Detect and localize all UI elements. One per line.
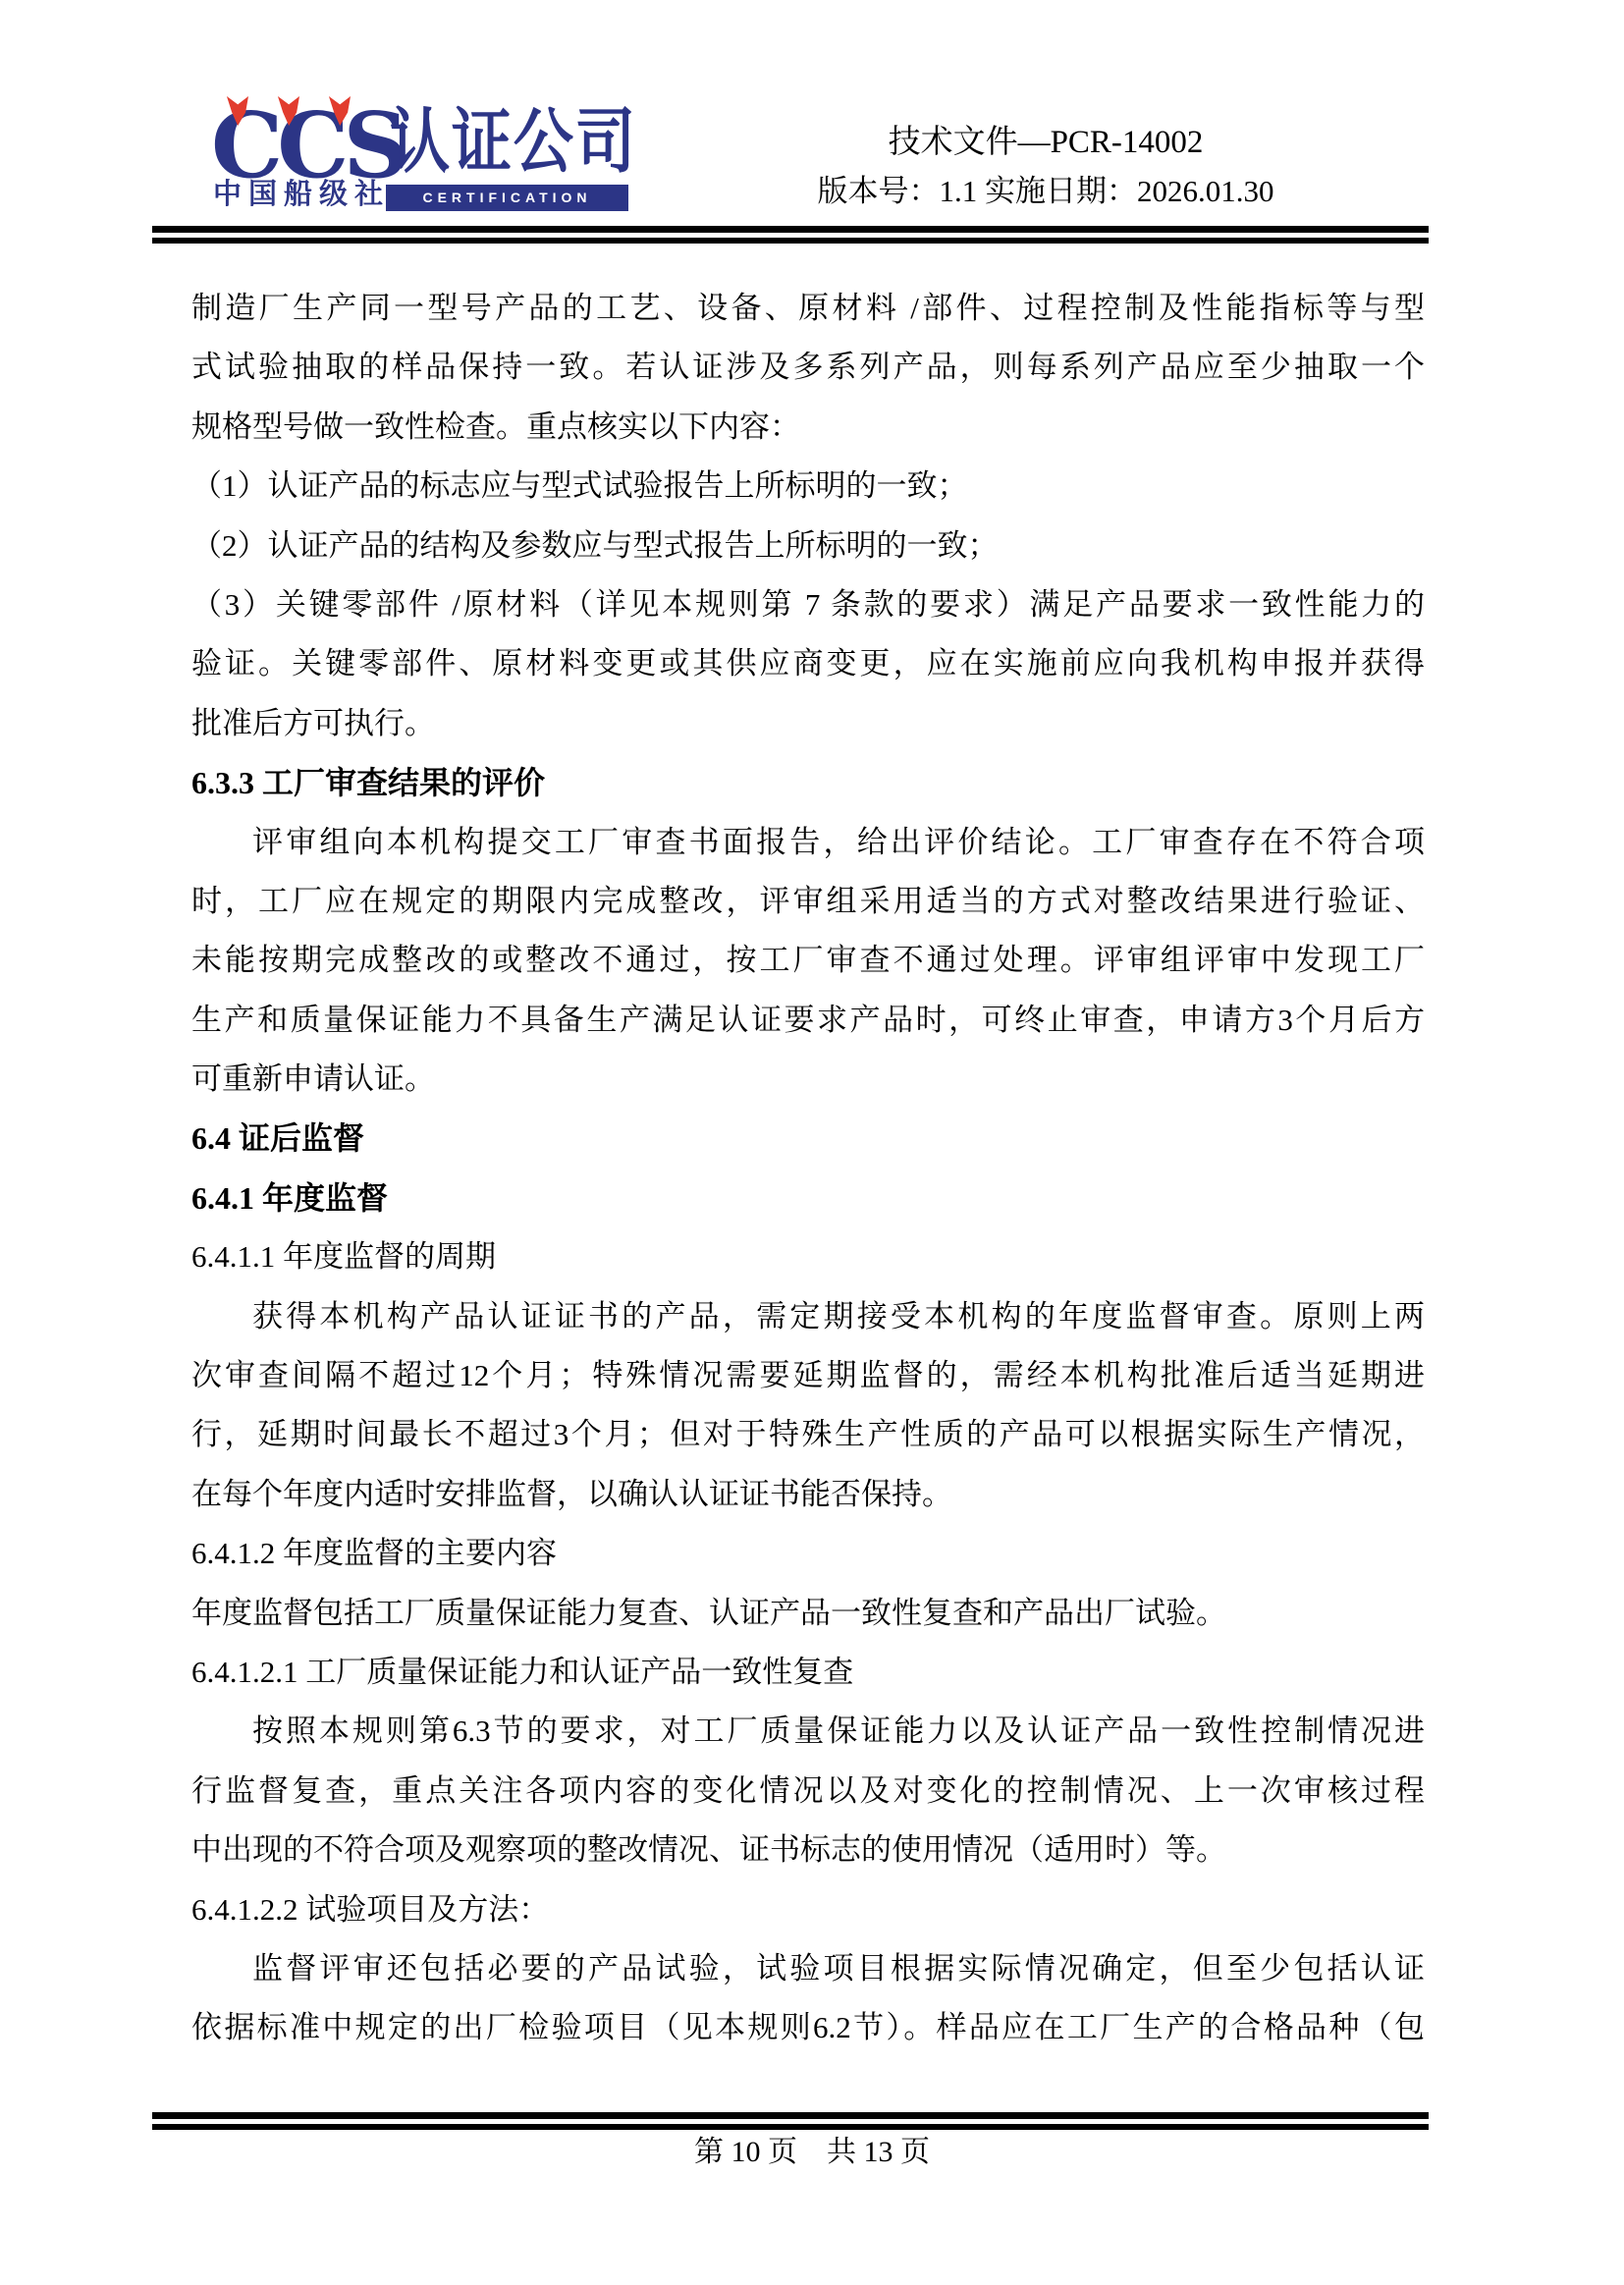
text-line: 批准后方可执行。 bbox=[191, 694, 1425, 753]
logo-company-name: 认证公司 bbox=[390, 104, 637, 181]
section-heading: 6.4.1.1 年度监督的周期 bbox=[191, 1227, 1425, 1286]
text-line: 时，工厂应在规定的期限内完成整改，评审组采用适当的方式对整改结果进行验证、 bbox=[191, 872, 1425, 931]
header-rule-bottom bbox=[152, 238, 1429, 244]
section-heading: 6.4.1.2.2 试验项目及方法： bbox=[191, 1880, 1425, 1939]
text-line: 制造厂生产同一型号产品的工艺、设备、原材料 /部件、过程控制及性能指标等与型 bbox=[191, 279, 1425, 338]
text-line: 中出现的不符合项及观察项的整改情况、证书标志的使用情况（适用时）等。 bbox=[191, 1821, 1425, 1879]
header-rule-top bbox=[152, 226, 1429, 233]
text-line: 按照本规则第6.3节的要求，对工厂质量保证能力以及认证产品一致性控制情况进 bbox=[191, 1702, 1425, 1761]
list-item: （2）认证产品的结构及参数应与型式报告上所标明的一致； bbox=[191, 517, 1425, 575]
text-line: 验证。关键零部件、原材料变更或其供应商变更，应在实施前应向我机构申报并获得 bbox=[191, 634, 1425, 693]
section-heading: 6.4.1 年度监督 bbox=[191, 1169, 1425, 1227]
section-heading: 6.4 证后监督 bbox=[191, 1109, 1425, 1168]
version-line: 版本号：1.1 实施日期：2026.01.30 bbox=[815, 174, 1276, 209]
text-line: 规格型号做一致性检查。重点核实以下内容： bbox=[191, 398, 1425, 457]
footer-rule bbox=[152, 2112, 1429, 2130]
text-line: 次审查间隔不超过12个月；特殊情况需要延期监督的，需经本机构批准后适当延期进 bbox=[191, 1346, 1425, 1405]
footer-rule-top bbox=[152, 2112, 1429, 2119]
text-line: 依据标准中规定的出厂检验项目（见本规则6.2节）。样品应在工厂生产的合格品种（包 bbox=[191, 1998, 1425, 2057]
page-number: 第 10 页 共 13 页 bbox=[0, 2133, 1624, 2172]
text-line: 式试验抽取的样品保持一致。若认证涉及多系列产品，则每系列产品应至少抽取一个 bbox=[191, 338, 1425, 397]
text-line: 在每个年度内适时安排监督，以确认认证证书能否保持。 bbox=[191, 1465, 1425, 1524]
list-item: （1）认证产品的标志应与型式试验报告上所标明的一致； bbox=[191, 457, 1425, 516]
section-heading: 6.3.3 工厂审查结果的评价 bbox=[191, 753, 1425, 812]
footer-rule-bottom bbox=[152, 2124, 1429, 2130]
text-line: 未能按期完成整改的或整改不通过，按工厂审查不通过处理。评审组评审中发现工厂 bbox=[191, 931, 1425, 990]
text-line: 可重新申请认证。 bbox=[191, 1050, 1425, 1109]
text-line: 行监督复查，重点关注各项内容的变化情况以及对变化的控制情况、上一次审核过程 bbox=[191, 1762, 1425, 1821]
header-logo: CCS 中国船级社 认证公司 CERTIFICATION bbox=[211, 104, 633, 217]
header-rule bbox=[152, 226, 1429, 244]
text-line: 获得本机构产品认证证书的产品，需定期接受本机构的年度监督审查。原则上两 bbox=[191, 1287, 1425, 1346]
text-line: 行，延期时间最长不超过3个月；但对于特殊生产性质的产品可以根据实际生产情况， bbox=[191, 1405, 1425, 1464]
document-body: 制造厂生产同一型号产品的工艺、设备、原材料 /部件、过程控制及性能指标等与型 式… bbox=[191, 279, 1425, 2058]
certification-badge: CERTIFICATION bbox=[386, 185, 628, 211]
text-line: 评审组向本机构提交工厂审查书面报告，给出评价结论。工厂审查存在不符合项 bbox=[191, 813, 1425, 872]
header-meta: 技术文件—PCR-14002 版本号：1.1 实施日期：2026.01.30 bbox=[815, 124, 1276, 209]
text-line: 年度监督包括工厂质量保证能力复查、认证产品一致性复查和产品出厂试验。 bbox=[191, 1584, 1425, 1643]
section-heading: 6.4.1.2.1 工厂质量保证能力和认证产品一致性复查 bbox=[191, 1643, 1425, 1702]
list-item: （3）关键零部件 /原材料（详见本规则第 7 条款的要求）满足产品要求一致性能力… bbox=[191, 575, 1425, 634]
text-line: 监督评审还包括必要的产品试验，试验项目根据实际情况确定，但至少包括认证 bbox=[191, 1939, 1425, 1998]
document-page: CCS 中国船级社 认证公司 CERTIFICATION 技术文件—PCR-14… bbox=[0, 0, 1624, 2285]
text-line: 生产和质量保证能力不具备生产满足认证要求产品时，可终止审查，申请方3个月后方 bbox=[191, 991, 1425, 1050]
doc-number: 技术文件—PCR-14002 bbox=[815, 124, 1276, 161]
section-heading: 6.4.1.2 年度监督的主要内容 bbox=[191, 1524, 1425, 1583]
logo-cn-subtitle: 中国船级社 bbox=[213, 181, 390, 209]
